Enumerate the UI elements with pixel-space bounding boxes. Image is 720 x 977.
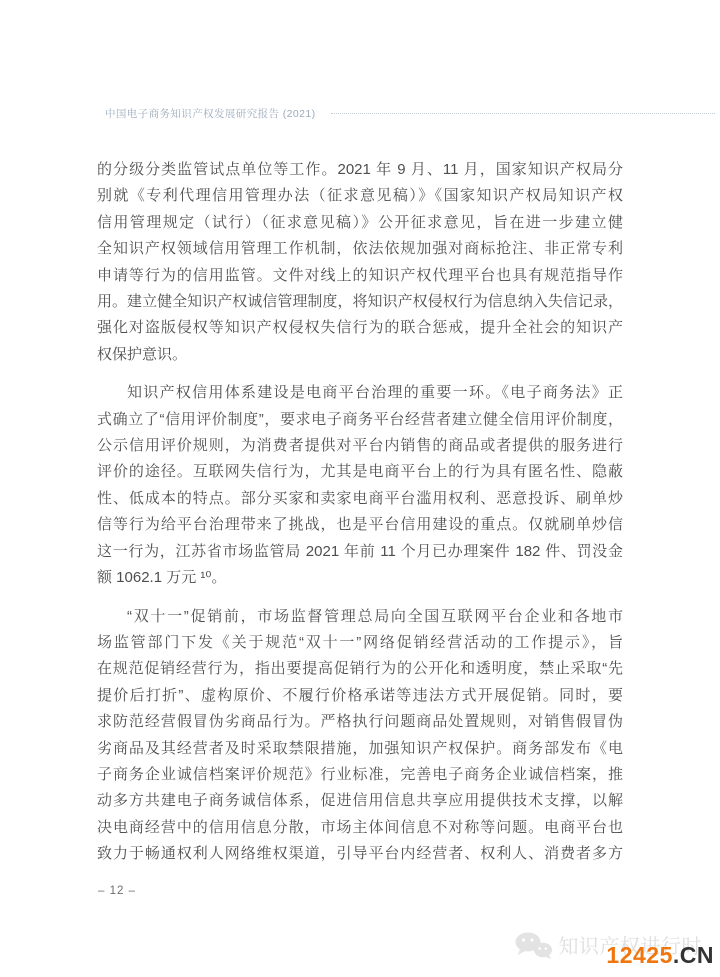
text-line-with-footnote: 额 1062.1 万元 ¹⁰。 <box>97 565 623 591</box>
wechat-icon <box>514 931 554 959</box>
header-dotted-rule <box>331 113 715 114</box>
text-line: 提价后打折”、虚构原价、不履行价格承诺等违法方式开展促销。同时，要 <box>97 683 623 709</box>
text-line: 强化对盗版侵权等知识产权侵权失信行为的联合惩戒，提升全社会的知识产 <box>97 315 623 341</box>
paragraph-2: 知识产权信用体系建设是电商平台治理的重要一环。《电子商务法》正 式确立了“信用评… <box>97 380 623 591</box>
text-line: 用。建立健全知识产权诚信管理制度，将知识产权侵权行为信息纳入失信记录， <box>97 289 623 315</box>
text-line: 决电商经营中的信用信息分散，市场主体间信息不对称等问题。电商平台也 <box>97 815 623 841</box>
page-header: 中国电子商务知识产权发展研究报告 (2021) <box>105 106 715 121</box>
watermark: 12425.CN <box>606 942 714 969</box>
paragraph-3: “双十一”促销前，市场监督管理总局向全国互联网平台企业和各地市 场监管部门下发《… <box>97 604 623 868</box>
report-title: 中国电子商务知识产权发展研究报告 (2021) <box>105 106 315 121</box>
text-line: “双十一”促销前，市场监督管理总局向全国互联网平台企业和各地市 <box>97 604 623 630</box>
text-line: 申请等行为的信用监管。文件对线上的知识产权代理平台也具有规范指导作 <box>97 263 623 289</box>
text-line: 的分级分类监管试点单位等工作。2021 年 9 月、11 月，国家知识产权局分 <box>97 157 623 183</box>
paragraph-1: 的分级分类监管试点单位等工作。2021 年 9 月、11 月，国家知识产权局分 … <box>97 157 623 368</box>
text-line: 知识产权信用体系建设是电商平台治理的重要一环。《电子商务法》正 <box>97 380 623 406</box>
text-line: 求防范经营假冒伪劣商品行为。严格执行问题商品处置规则，对销售假冒伪 <box>97 709 623 735</box>
text-line: 致力于畅通权利人网络维权渠道，引导平台内经营者、权利人、消费者多方 <box>97 841 623 867</box>
text-line: 动多方共建电子商务诚信体系，促进信用信息共享应用提供技术支撑，以解 <box>97 788 623 814</box>
text-line: 别就《专利代理信用管理办法（征求意见稿）》《国家知识产权局知识产权 <box>97 183 623 209</box>
text-line: 这一行为，江苏省市场监管局 2021 年前 11 个月已办理案件 182 件、罚… <box>97 539 623 565</box>
text-line: 场监管部门下发《关于规范“双十一”网络促销经营活动的工作提示》，旨 <box>97 630 623 656</box>
text-line: 子商务企业诚信档案评价规范》行业标准，完善电子商务企业诚信档案，推 <box>97 762 623 788</box>
text-line: 权保护意识。 <box>97 342 623 368</box>
text-line: 劣商品及其经营者及时采取禁限措施，加强知识产权保护。商务部发布《电 <box>97 736 623 762</box>
text-line: 公示信用评价规则，为消费者提供对平台内销售的商品或者提供的服务进行 <box>97 433 623 459</box>
text-line: 性、低成本的特点。部分买家和卖家电商平台滥用权利、恶意投诉、刷单炒 <box>97 486 623 512</box>
text-line: 全知识产权领域信用管理工作机制，依法依规加强对商标抢注、非正常专利 <box>97 236 623 262</box>
watermark-domain-suffix: .CN <box>673 942 714 968</box>
page-number: – 12 – <box>98 885 136 897</box>
text-line: 信用管理规定（试行）（征求意见稿）》公开征求意见，旨在进一步建立健 <box>97 210 623 236</box>
body-text-column: 的分级分类监管试点单位等工作。2021 年 9 月、11 月，国家知识产权局分 … <box>97 157 623 880</box>
watermark-number: 12425 <box>606 942 672 968</box>
text-line: 评价的途径。互联网失信行为，尤其是电商平台上的行为具有匿名性、隐蔽 <box>97 459 623 485</box>
text-line: 式确立了“信用评价制度”，要求电子商务平台经营者建立健全信用评价制度， <box>97 407 623 433</box>
text-line: 信等行为给平台治理带来了挑战，也是平台信用建设的重点。仅就刷单炒信 <box>97 512 623 538</box>
text-line: 在规范促销经营行为，指出要提高促销行为的公开化和透明度，禁止采取“先 <box>97 656 623 682</box>
